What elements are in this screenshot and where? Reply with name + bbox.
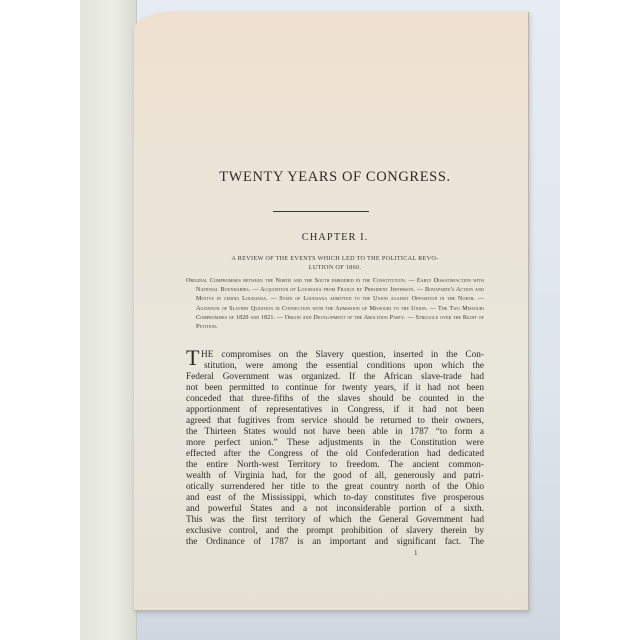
body-line: conceded that three-fifths of the slaves…	[186, 394, 484, 405]
body-line: wealth of Virginia had, for the good of …	[186, 471, 484, 482]
body-line: exclusive control, and the prompt prohib…	[186, 526, 484, 537]
body-line: Federal Government was organized. If the…	[186, 372, 484, 383]
chapter-subtitle-line: A REVIEW OF THE EVENTS WHICH LED TO THE …	[186, 255, 484, 264]
body-line: agreed that fugitives from service shoul…	[186, 416, 484, 427]
body-line: and east of the Mississippi, which to-da…	[186, 493, 484, 504]
body-text: HE compromises on the Slavery question, …	[186, 350, 484, 548]
body-line: stitution, were among the essential cond…	[186, 361, 484, 372]
chapter-subtitle: A REVIEW OF THE EVENTS WHICH LED TO THE …	[186, 255, 484, 272]
left-page-edge	[80, 0, 137, 640]
body-line: apportionment of representatives in Cong…	[186, 405, 484, 416]
chapter-subtitle-line: LUTION OF 1860.	[186, 264, 484, 273]
chapter-synopsis: Original Compromises between the North a…	[186, 277, 484, 332]
body-line: otically surrendered her title to the gr…	[186, 482, 484, 493]
body-line: the Ordinance of 1787 is an important an…	[186, 537, 484, 548]
body-line: This was the first territory of which th…	[186, 515, 484, 526]
body-line: effected after the Congress of the old C…	[186, 449, 484, 460]
title-rule-divider	[273, 211, 369, 212]
page-number: 1	[414, 549, 418, 557]
book-title: TWENTY YEARS OF CONGRESS.	[186, 169, 484, 186]
book-page: TWENTY YEARS OF CONGRESS. CHAPTER I. A R…	[134, 12, 529, 611]
chapter-heading: CHAPTER I.	[186, 232, 484, 243]
body-line: the Thirteen States would not have been …	[186, 427, 484, 438]
body-line: not been permitted to continue for twent…	[186, 383, 484, 394]
body-line: and powerful States and a not inconsider…	[186, 504, 484, 515]
body-line: the entire North-west Territory to freed…	[186, 460, 484, 471]
body-line: HE compromises on the Slavery question, …	[186, 350, 484, 361]
body-line: more perfect union.” These adjustments i…	[186, 438, 484, 449]
